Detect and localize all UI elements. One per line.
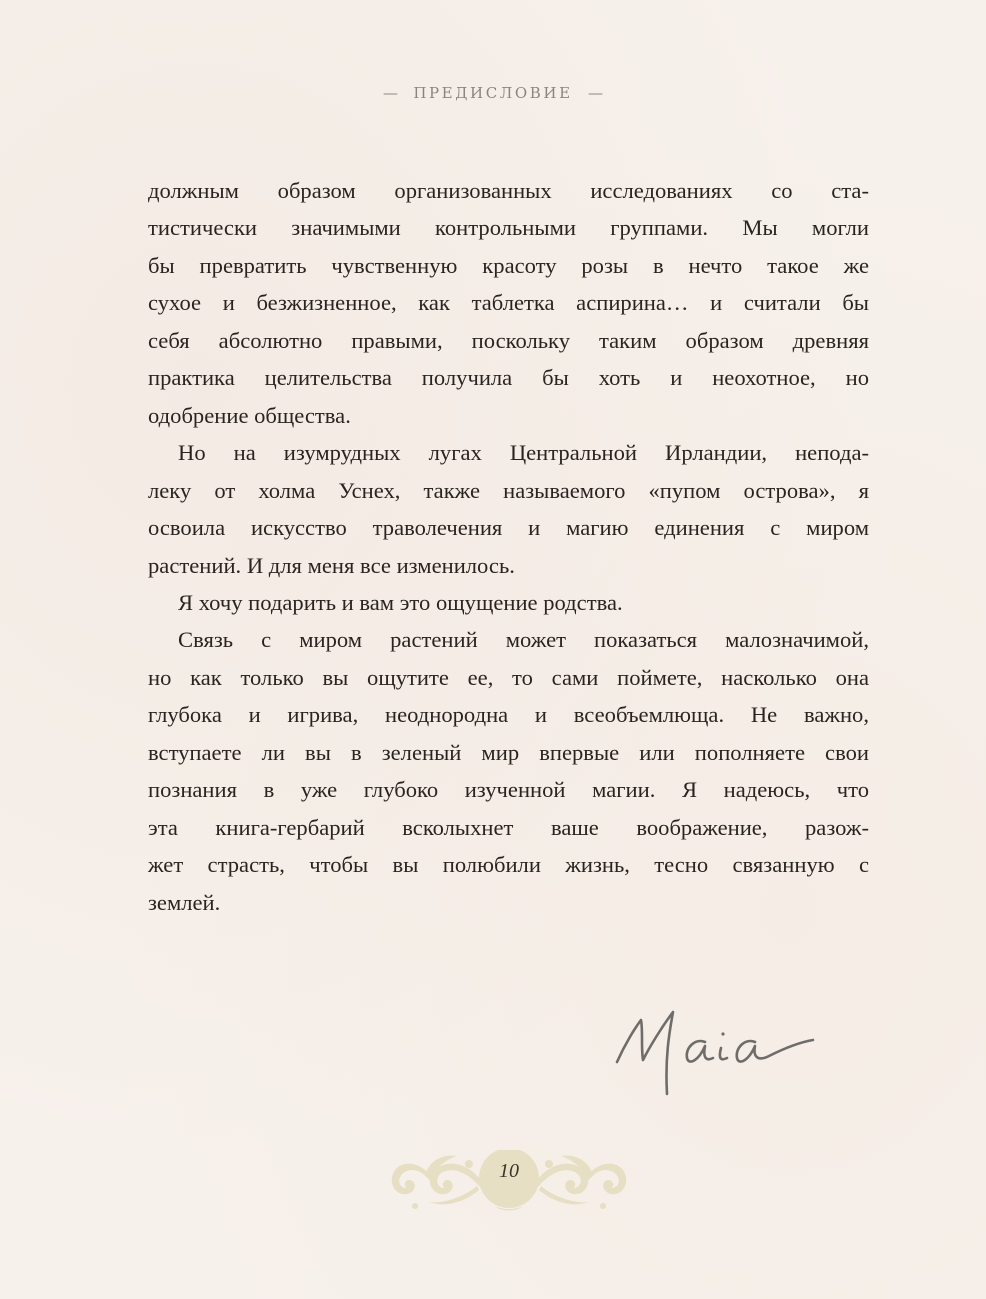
text-line: практика целительства получила бы хоть и…	[148, 359, 869, 396]
signature-maia	[605, 1000, 825, 1100]
text-line: Я хочу подарить и вам это ощущение родст…	[148, 584, 869, 621]
paragraph-4: Связь с миром растений может показаться …	[148, 621, 869, 921]
text-line: бы превратить чувственную красоту розы в…	[148, 247, 869, 284]
header-dash-left: —	[383, 84, 398, 102]
text-line: вступаете ли вы в зеленый мир впервые ил…	[148, 734, 869, 771]
paragraph-1: должным образом организованных исследова…	[148, 172, 869, 434]
text-line: растений. И для меня все изменилось.	[148, 547, 869, 584]
text-line: Связь с миром растений может показаться …	[148, 621, 869, 658]
paragraph-3: Я хочу подарить и вам это ощущение родст…	[148, 584, 869, 621]
text-line: леку от холма Уснех, также называемого «…	[148, 472, 869, 509]
text-line: освоила искусство траволечения и магию е…	[148, 509, 869, 546]
body-text: должным образом организованных исследова…	[148, 172, 869, 921]
text-line: должным образом организованных исследова…	[148, 172, 869, 209]
running-header: — ПРЕДИСЛОВИЕ —	[0, 84, 986, 102]
text-line: сухое и безжизненное, как таблетка аспир…	[148, 284, 869, 321]
text-line: себя абсолютно правыми, поскольку таким …	[148, 322, 869, 359]
text-line: но как только вы ощутите ее, то сами пой…	[148, 659, 869, 696]
chapter-title: ПРЕДИСЛОВИЕ	[413, 84, 572, 102]
paragraph-2: Но на изумрудных лугах Центральной Ирлан…	[148, 434, 869, 584]
text-line: Но на изумрудных лугах Центральной Ирлан…	[148, 434, 869, 471]
header-dash-right: —	[588, 84, 603, 102]
text-line: одобрение общества.	[148, 397, 869, 434]
text-line: жет страсть, чтобы вы полюбили жизнь, те…	[148, 846, 869, 883]
text-line: землей.	[148, 884, 869, 921]
text-line: глубока и игрива, неоднородна и всеобъем…	[148, 696, 869, 733]
text-line: познания в уже глубоко изученной магии. …	[148, 771, 869, 808]
page-number: 10	[483, 1160, 535, 1183]
text-line: эта книга-гербарий всколыхнет ваше вообр…	[148, 809, 869, 846]
text-line: тистически значимыми контрольными группа…	[148, 209, 869, 246]
